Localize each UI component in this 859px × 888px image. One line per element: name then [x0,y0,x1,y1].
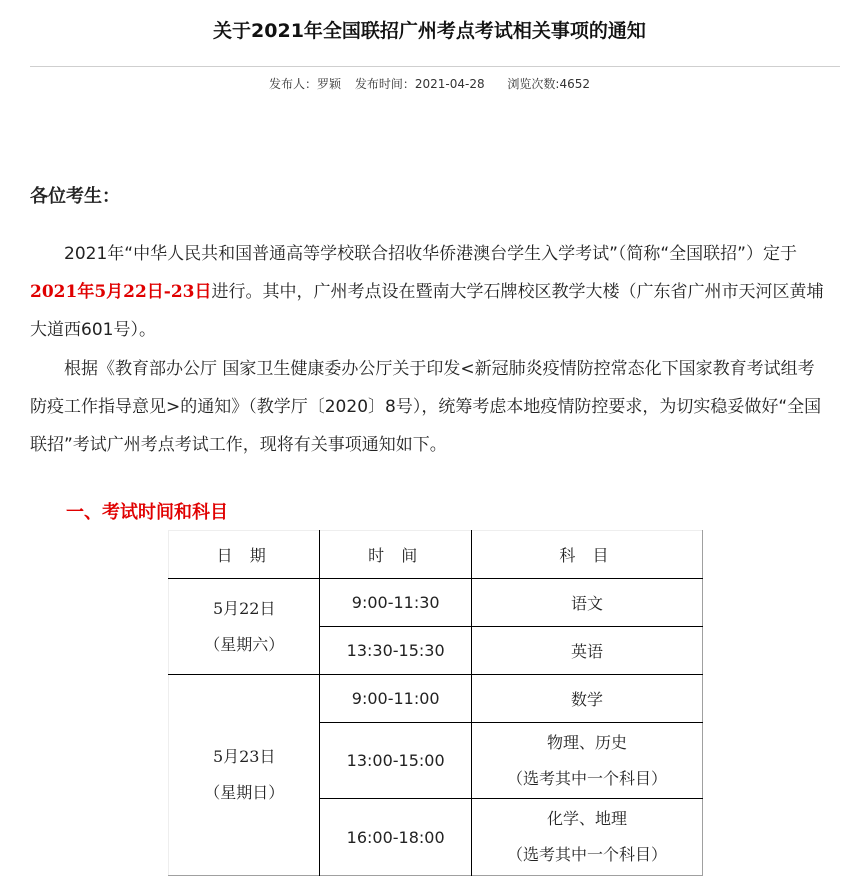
publisher-label: 发布人： [269,77,317,91]
date-cell: 5月23日 （星期日） [169,675,320,876]
subject-cell: 化学、地理 （选考其中一个科目） [471,799,702,876]
paragraph-exam-dates: 2021年“中华人民共和国普通高等学校联合招收华侨港澳台学生入学考试”（简称“全… [30,235,830,349]
table-row: 5月22日 （星期六） 9:00-11:30 语文 [169,579,703,627]
paragraph1-before: 2021年“中华人民共和国普通高等学校联合招收华侨港澳台学生入学考试”（简称“全… [64,244,797,264]
date: 5月23日 [169,739,319,775]
publisher-name: 罗颖 [317,77,341,91]
subject-cell: 物理、历史 （选考其中一个科目） [471,723,702,799]
header-date: 日 期 [169,531,320,579]
time-cell: 9:00-11:00 [320,675,472,723]
table-header-row: 日 期 时 间 科 目 [169,531,703,579]
greeting: 各位考生： [30,182,120,208]
date: 5月22日 [169,591,319,627]
exam-schedule-table: 日 期 时 间 科 目 5月22日 （星期六） 9:00-11:30 语文 13… [168,530,703,876]
subject-note: （选考其中一个科目） [472,761,702,797]
paragraph-policy: 根据《教育部办公厅 国家卫生健康委办公厅关于印发<新冠肺炎疫情防控常态化下国家教… [30,350,830,464]
subject-cell: 语文 [471,579,702,627]
subject: 化学、地理 [472,801,702,837]
header-time: 时 间 [320,531,472,579]
views-count: 4652 [559,77,590,91]
subject-cell: 英语 [471,627,702,675]
subject-note: （选考其中一个科目） [472,837,702,873]
date-cell: 5月22日 （星期六） [169,579,320,675]
views-label: 浏览次数: [507,77,559,91]
article-meta: 发布人：罗颖 发布时间：2021-04-28 浏览次数:4652 [0,75,859,92]
table-row: 5月23日 （星期日） 9:00-11:00 数学 [169,675,703,723]
publish-time-label: 发布时间： [355,77,415,91]
views-info: 浏览次数:4652 [507,77,590,91]
weekday: （星期日） [169,775,319,811]
time-cell: 9:00-11:30 [320,579,472,627]
exam-date-highlight: 2021年5月22日-23日 [30,282,212,302]
publish-time-value: 2021-04-28 [415,77,485,91]
weekday: （星期六） [169,627,319,663]
subject-cell: 数学 [471,675,702,723]
time-cell: 13:30-15:30 [320,627,472,675]
header-subject: 科 目 [471,531,702,579]
article-title: 关于2021年全国联招广州考点考试相关事项的通知 [0,16,859,43]
title-divider [30,66,840,67]
time-cell: 13:00-15:00 [320,723,472,799]
section-title-exam-schedule: 一、考试时间和科目 [66,498,228,524]
time-cell: 16:00-18:00 [320,799,472,876]
publisher-info: 发布人：罗颖 [269,77,341,91]
publish-time-info: 发布时间：2021-04-28 [355,77,485,91]
subject: 物理、历史 [472,725,702,761]
